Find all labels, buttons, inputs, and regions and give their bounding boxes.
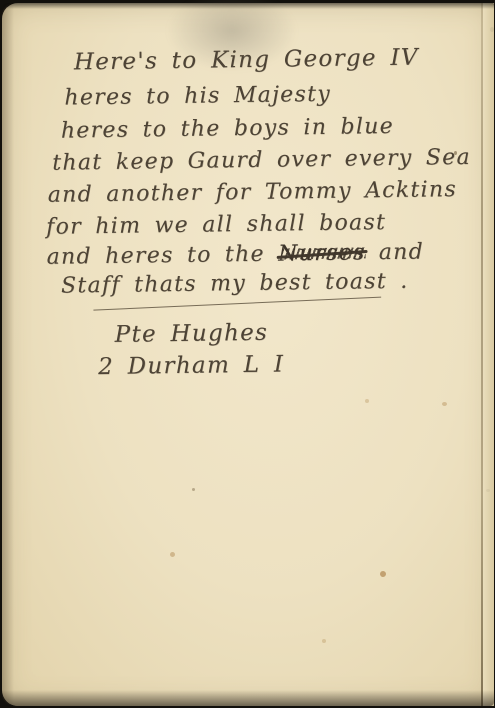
gutter-shadow — [2, 3, 14, 706]
scribbled-out-word: Nurses — [278, 240, 366, 266]
handwritten-line: Staff thats my best toast . — [61, 269, 409, 299]
next-page-edge — [483, 3, 494, 706]
photo-background: Here's to King George IV heres to his Ma… — [0, 0, 495, 708]
handwritten-line: and heres to the Nurses and — [46, 240, 424, 270]
top-edge-shadow — [2, 3, 494, 9]
signature-name: Pte Hughes — [115, 320, 269, 348]
line-text: and — [365, 240, 424, 266]
pen-underline — [93, 297, 381, 311]
notebook-page: Here's to King George IV heres to his Ma… — [2, 3, 494, 706]
page-edge-crease — [481, 3, 483, 706]
line-text: and heres to the — [46, 242, 278, 270]
handwritten-line: that keep Gaurd over every Sea — [52, 145, 471, 176]
handwritten-line: heres to his Majesty — [64, 82, 331, 111]
handwritten-line: and another for Tommy Acktins — [48, 177, 458, 208]
handwritten-line: heres to the boys in blue — [61, 114, 394, 144]
handwritten-line: Here's to King George IV — [74, 45, 419, 76]
handwritten-line: for him we all shall boast — [46, 210, 386, 240]
handwritten-verse: Here's to King George IV heres to his Ma… — [0, 0, 495, 708]
signature-unit: 2 Durham L I — [98, 351, 284, 380]
bottom-edge-shadow — [2, 690, 494, 706]
